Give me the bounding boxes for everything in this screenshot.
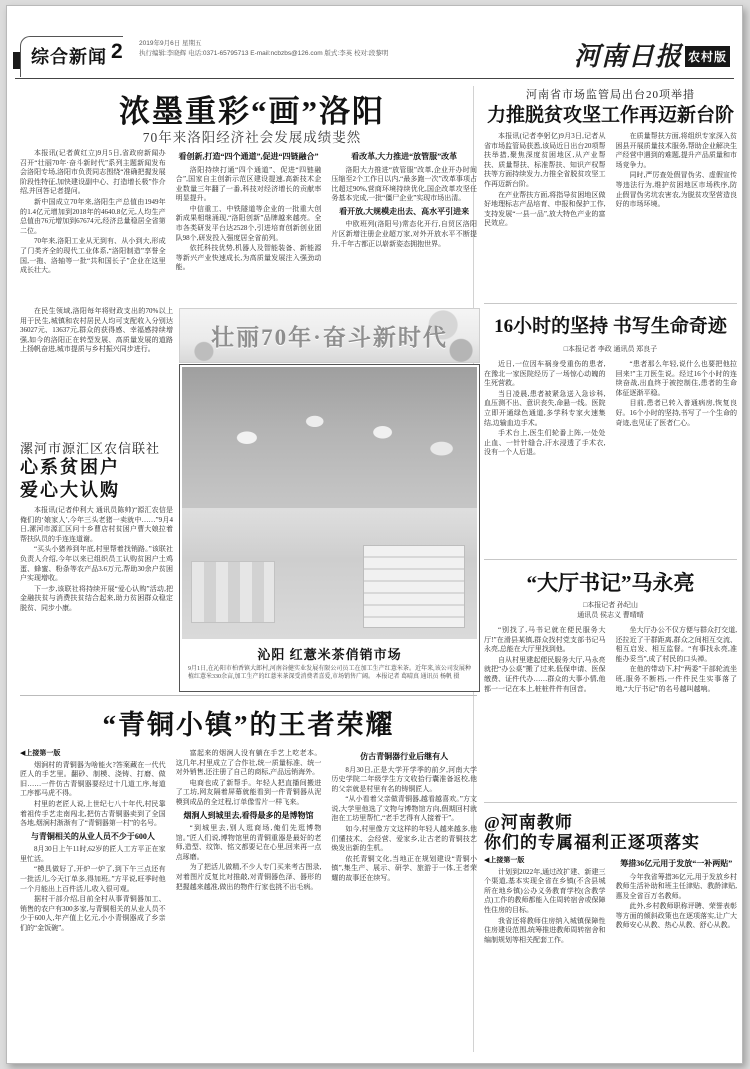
body-bronze: ◀上接第一版烟涧村的青铜器为啥能火?答案藏在一代代匠人的手艺里。翻砂、制模、浇铸… [20,749,477,1049]
article-paragraph: 当日凌晨,患者被紧急送入急诊科,血压测不出、意识丧失,命悬一线。医院立即开通绿色… [484,390,606,428]
article-paragraph: 本报讯(记者黄红立)9月5日,省政府新闻办召开“壮丽70年·奋斗新时代”系列主题… [20,149,166,197]
article-paragraph: 富起来的烟涧人没有躺在手艺上吃老本。这几年,村里成立了合作社,统一质量标准、统一… [176,749,322,778]
teacher-col-1: ◀上接第一版计划到2022年,通过改扩建、新建三个渠道,基本实现全省在乡镇(不含… [484,856,606,1052]
photo-box: 沁阳 红薏米茶俏销市场 9月1日,在沁阳市柏香镇大郎村,河南谷健实业发展有限公司… [179,364,480,692]
masthead-edition: 农村版 [685,46,730,67]
article-paragraph: “模具做好了,开炉一炉了,到下午三点还有一批活儿,今天订单多,得加班。”方平说,… [20,865,166,894]
body-dating: “别找了,马书记就在便民服务大厅!”在滑县某镇,群众找村党支部书记马永亮,总能在… [484,626,737,798]
body-luoyang-continued: 在民生领域,洛阳每年将财政支出的70%以上用于民生,城镇和农村居民人均可支配收入… [20,307,173,433]
byline-dating-1: □本报记者 孙纪山 [484,600,737,610]
article-paragraph: 70年来,洛阳工业从无到有、从小到大,形成了门类齐全的现代工业体系,“洛阳制造”… [20,237,166,275]
article-paragraph: ◀上接第一版 [20,749,166,759]
headline-luohe-line2: 爱心大认购 [20,479,173,502]
page-number: 2 [111,40,123,64]
byline-dating-2: 通讯员 侯志义 曹晴晴 [484,610,737,620]
headline-bronze: “青铜小镇”的王者荣耀 [20,703,477,742]
article-paragraph: 本报讯(记者李躬亿)9月3日,记者从省市场监管局获悉,该局近日出台20项帮扶举措… [484,132,606,190]
masthead: 河南日报农村版 [574,36,730,73]
article-paragraph: 我省还将教师住房纳入城镇保障性住房建设范围,统筹推进教师周转宿舍和编制规划等相关… [484,917,606,946]
right-divider-3 [484,802,737,803]
dating-col-1: “别找了,马书记就在便民服务大厅!”在滑县某镇,群众找村党支部书记马永亮,总能在… [484,626,606,798]
body-teacher: ◀上接第一版计划到2022年,通过改扩建、新建三个渠道,基本实现全省在乡镇(不含… [484,856,737,1052]
article-paragraph: 近日,一位因车祸身受重伤的患者,在豫北一家医院经历了一场惊心动魄的生死营救。 [484,360,606,389]
article-paragraph: 在他的带动下,村“两委”干部轮流坐班,服务不断档,一件件民生实事落了地,“大厅书… [616,665,738,694]
article-paragraph: 在民生领域,洛阳每年将财政支出的70%以上用于民生,城镇和农村居民人均可支配收入… [20,307,173,355]
photo-sacks [191,561,276,623]
article-paragraph: 手术台上,医生们轮番上阵,一处处止血、一针针缝合,汗水浸透了手术衣,没有一个人后… [484,429,606,458]
article-paragraph: 8月30日上午11时,62岁的匠人工方平正在家里忙活。 [20,845,166,864]
article-paragraph: 中欧班列(洛阳号)常态化开行,自贸区洛阳片区新增注册企业超万家,对外开放水平不断… [331,220,477,249]
subtitle-luoyang: 70年来洛阳经济社会发展成绩斐然 [37,126,467,146]
article-paragraph: 依托科技优势,机器人及智能装备、新能源等新兴产业快速成长,为高质量发展注入强劲动… [176,244,322,273]
article-paragraph: 电商也成了新帮手。年轻人把直播间搬进了工坊,网友隔着屏幕就能看到一件青铜器从泥模… [176,779,322,808]
headline-dating: “大厅书记”马永亮 [484,567,737,597]
photo-product-boxes [363,545,465,629]
article-subhead: 烟涧人到城里去,看得最多的是博物馆 [176,811,322,822]
article-paragraph: 本报讯(记者仲利大 通讯员陈帅)“源汇农信是俺们的‘娘家人’,今年三头老猪一卖就… [20,506,173,544]
article-paragraph: 自从村里建起便民服务大厅,马永亮就把“办公桌”搬了过来,低保申请、医保缴费、证件… [484,656,606,694]
article-paragraph: 烟涧村的青铜器为啥能火?答案藏在一代代匠人的手艺里。翻砂、制模、浇铸、打磨、做旧… [20,761,166,799]
market-col-1: 本报讯(记者李躬亿)9月3日,记者从省市场监管局获悉,该局近日出台20项帮扶举措… [484,132,606,298]
article-paragraph: 目前,患者已转入普通病房,恢复良好。16个小时的坚持,书写了一个生命的奇迹,也见… [616,399,738,428]
dateline: 2019年9月6日 星期五 执行编辑:李晓辉 电话:0371-65795713 … [139,39,388,59]
article-paragraph: 此外,乡村教师职称评聘、荣誉表彰等方面的倾斜政策也在逐项落实,让广大教师安心从教… [616,902,738,931]
headline-luohe-line1: 心系贫困户 [20,456,173,479]
anniversary-banner: 壮丽70年·奋斗新时代 [179,308,480,363]
body-luoyang: 本报讯(记者黄红立)9月5日,省政府新闻办召开“壮丽70年·奋斗新时代”系列主题… [20,149,477,305]
date-text: 2019年9月6日 星期五 [139,39,388,49]
right-divider-2 [484,559,737,560]
article-subhead: 筹措36亿元用于发放“一补两贴” [616,859,738,870]
header-black-mark [13,52,20,69]
luoyang-col-2: 看创新,打造“四个通道”,促进“四链融合”洛阳持续打通“四个通道”、促进“四链融… [176,149,322,305]
article-paragraph: “买头小猪养到年底,村里帮着找销路。”该联社负责人介绍,今年以来已组织员工认购贫… [20,545,173,583]
headline-rescue: 16小时的坚持 书写生命奇迹 [484,311,737,338]
article-paragraph: ◀上接第一版 [484,856,606,866]
staff-text: 执行编辑:李晓辉 电话:0371-65795713 E-mail:ncbzbs@… [139,49,388,59]
body-rescue: 近日,一位因车祸身受重伤的患者,在豫北一家医院经历了一场惊心动魄的生死营救。当日… [484,360,737,556]
article-paragraph: 洛阳大力推进“放管服”改革,企业开办时间压缩至2个工作日以内,“最多跑一次”改革… [331,166,477,204]
article-subhead: 与青铜相关的从业人员不少于600人 [20,832,166,843]
rescue-col-2: “患者那么年轻,说什么也要把他拉回来!”主刀医生说。经过16个小时的连续奋战,出… [616,360,738,556]
article-paragraph: 同时,严厉查处假冒伪劣、虚假宣传等违法行为,维护贫困地区市场秩序,防止假冒伪劣坑… [616,171,738,209]
article-paragraph: 洛阳持续打通“四个通道”、促进“四链融合”,国家自主创新示范区建设提速,高新技术… [176,166,322,204]
article-paragraph: 今年我省筹措36亿元,用于发放乡村教师生活补助和班主任津贴、教龄津贴,惠及全省百… [616,873,738,902]
bronze-col-2: 富起来的烟涧人没有躺在手艺上吃老本。这几年,村里成立了合作社,统一质量标准、统一… [176,749,322,1049]
photo-caption-title: 沁阳 红薏米茶俏销市场 [182,644,477,663]
article-paragraph: 据村干部介绍,目前全村从事青铜器加工、销售的农户有300多家,与青铜相关的从业人… [20,895,166,933]
news-photo [182,367,477,639]
article-paragraph: 计划到2022年,通过改扩建、新建三个渠道,基本实现全省在乡镇(不含县城所在地乡… [484,868,606,916]
rescue-col-1: 近日,一位因车祸身受重伤的患者,在豫北一家医院经历了一场惊心动魄的生死营救。当日… [484,360,606,556]
article-paragraph: 村里的老匠人说,上世纪七八十年代,村民靠着祖传手艺走南闯北,把仿古青铜器卖到了全… [20,800,166,829]
right-divider-1 [484,303,737,304]
headline-market: 力推脱贫攻坚工作再迈新台阶 [484,100,737,127]
article-paragraph: 如今,村里像方文这样的年轻人越来越多,他们懂技术、会经营、爱家乡,让古老的青铜技… [331,825,477,854]
body-market: 本报讯(记者李躬亿)9月3日,记者从省市场监管局获悉,该局近日出台20项帮扶举措… [484,132,737,298]
luoyang-col-1: 本报讯(记者黄红立)9月5日,省政府新闻办召开“壮丽70年·奋斗新时代”系列主题… [20,149,166,305]
banner-text: 壮丽70年·奋斗新时代 [211,319,448,352]
article-paragraph: “别找了,马书记就在便民服务大厅!”在滑县某镇,群众找村党支部书记马永亮,总能在… [484,626,606,655]
teacher-col-2: 筹措36亿元用于发放“一补两贴”今年我省筹措36亿元,用于发放乡村教师生活补助和… [616,856,738,1052]
bronze-col-3: 仿古青铜器行业后继有人8月30日,正是大学开学季的前夕,河南大学历史学院二年级学… [331,749,477,1049]
dating-col-2: 坐大厅办公不仅方便与群众打交道,还拉近了干群距离,群众之间相互交流、相互启发、相… [616,626,738,798]
article-paragraph: 下一步,该联社将持续开展“爱心认购”活动,把金融扶贫与消费扶贫结合起来,助力贫困… [20,585,173,614]
headline-luoyang: 浓墨重彩“画”洛阳 [37,86,467,131]
article-paragraph: “患者那么年轻,说什么也要把他拉回来!”主刀医生说。经过16个小时的连续奋战,出… [616,360,738,398]
article-paragraph: 中信重工、中铁隧道等企业的一批重大创新成果相继涌现,“洛阳创新”品牌越来越亮。全… [176,205,322,243]
article-paragraph: 依托青铜文化,当地正在规划建设“青铜小镇”,集生产、展示、研学、旅游于一体,王者… [331,855,477,884]
article-paragraph: 在质量帮扶方面,将组织专家深入贫困县开展质量技术服务,帮助企业解决生产经营中遇到… [616,132,738,170]
market-col-2: 在质量帮扶方面,将组织专家深入贫困县开展质量技术服务,帮助企业解决生产经营中遇到… [616,132,738,298]
headline-luohe: 心系贫困户 爱心大认购 [20,456,173,502]
body-luohe: 本报讯(记者仲利大 通讯员陈帅)“源汇农信是俺们的‘娘家人’,今年三头老猪一卖就… [20,506,173,688]
article-subhead: 看开放,大规模走出去、高水平引进来 [331,207,477,218]
masthead-brand: 河南日报 [574,42,682,71]
luoyang-col-3: 看改革,大力推进“放管服”改革洛阳大力推进“放管服”改革,企业开办时间压缩至2个… [331,149,477,305]
article-subhead: 仿古青铜器行业后继有人 [331,752,477,763]
article-paragraph: 新中国成立70年来,洛阳生产总值由1949年的1.4亿元增加到2018年的464… [20,198,166,236]
bronze-top-rule [20,695,477,696]
kicker-luohe: 漯河市源汇区农信联社 [20,438,173,457]
header-rule [15,78,734,79]
article-paragraph: “到城里去,别人逛商场,俺们先逛博物馆。”匠人们说,博物馆里的青铜重器是最好的老… [176,824,322,862]
section-title: 综合新闻 [31,43,107,69]
article-subhead: 看创新,打造“四个通道”,促进“四链融合” [176,152,322,163]
article-paragraph: 坐大厅办公不仅方便与群众打交道,还拉近了干群距离,群众之间相互交流、相互启发、相… [616,626,738,664]
headline-teacher-line2: 你们的专属福利正逐项落实 [484,828,737,853]
article-paragraph: 8月30日,正是大学开学季的前夕,河南大学历史学院二年级学生方文收拾行囊准备返校… [331,766,477,795]
article-paragraph: “从小看着父亲做青铜器,越看越喜欢。”方文说,大学里他选了文物与博物馆方向,假期… [331,795,477,824]
article-paragraph: 为了把活儿做精,不少人专门买来考古图录,对着图片反复比对推敲,对青铜器色泽、器形… [176,863,322,892]
newspaper-page: 综合新闻 2 2019年9月6日 星期五 执行编辑:李晓辉 电话:0371-65… [6,5,743,1064]
bronze-col-1: ◀上接第一版烟涧村的青铜器为啥能火?答案藏在一代代匠人的手艺里。翻砂、制模、浇铸… [20,749,166,1049]
newspaper-canvas: 综合新闻 2 2019年9月6日 星期五 执行编辑:李晓辉 电话:0371-65… [0,0,750,1069]
photo-caption-text: 9月1日,在沁阳市柏香镇大郎村,河南谷健实业发展有限公司员工在加工生产红薏米茶。… [182,663,477,681]
byline-rescue: □本报记者 李政 通讯员 郑良子 [484,344,737,354]
photo-caption: 沁阳 红薏米茶俏销市场 9月1日,在沁阳市柏香镇大郎村,河南谷健实业发展有限公司… [182,641,477,689]
article-paragraph: 在产业帮扶方面,将指导贫困地区做好地理标志产品培育、申报和保护工作,支持发展“一… [484,191,606,229]
article-subhead: 看改革,大力推进“放管服”改革 [331,152,477,163]
